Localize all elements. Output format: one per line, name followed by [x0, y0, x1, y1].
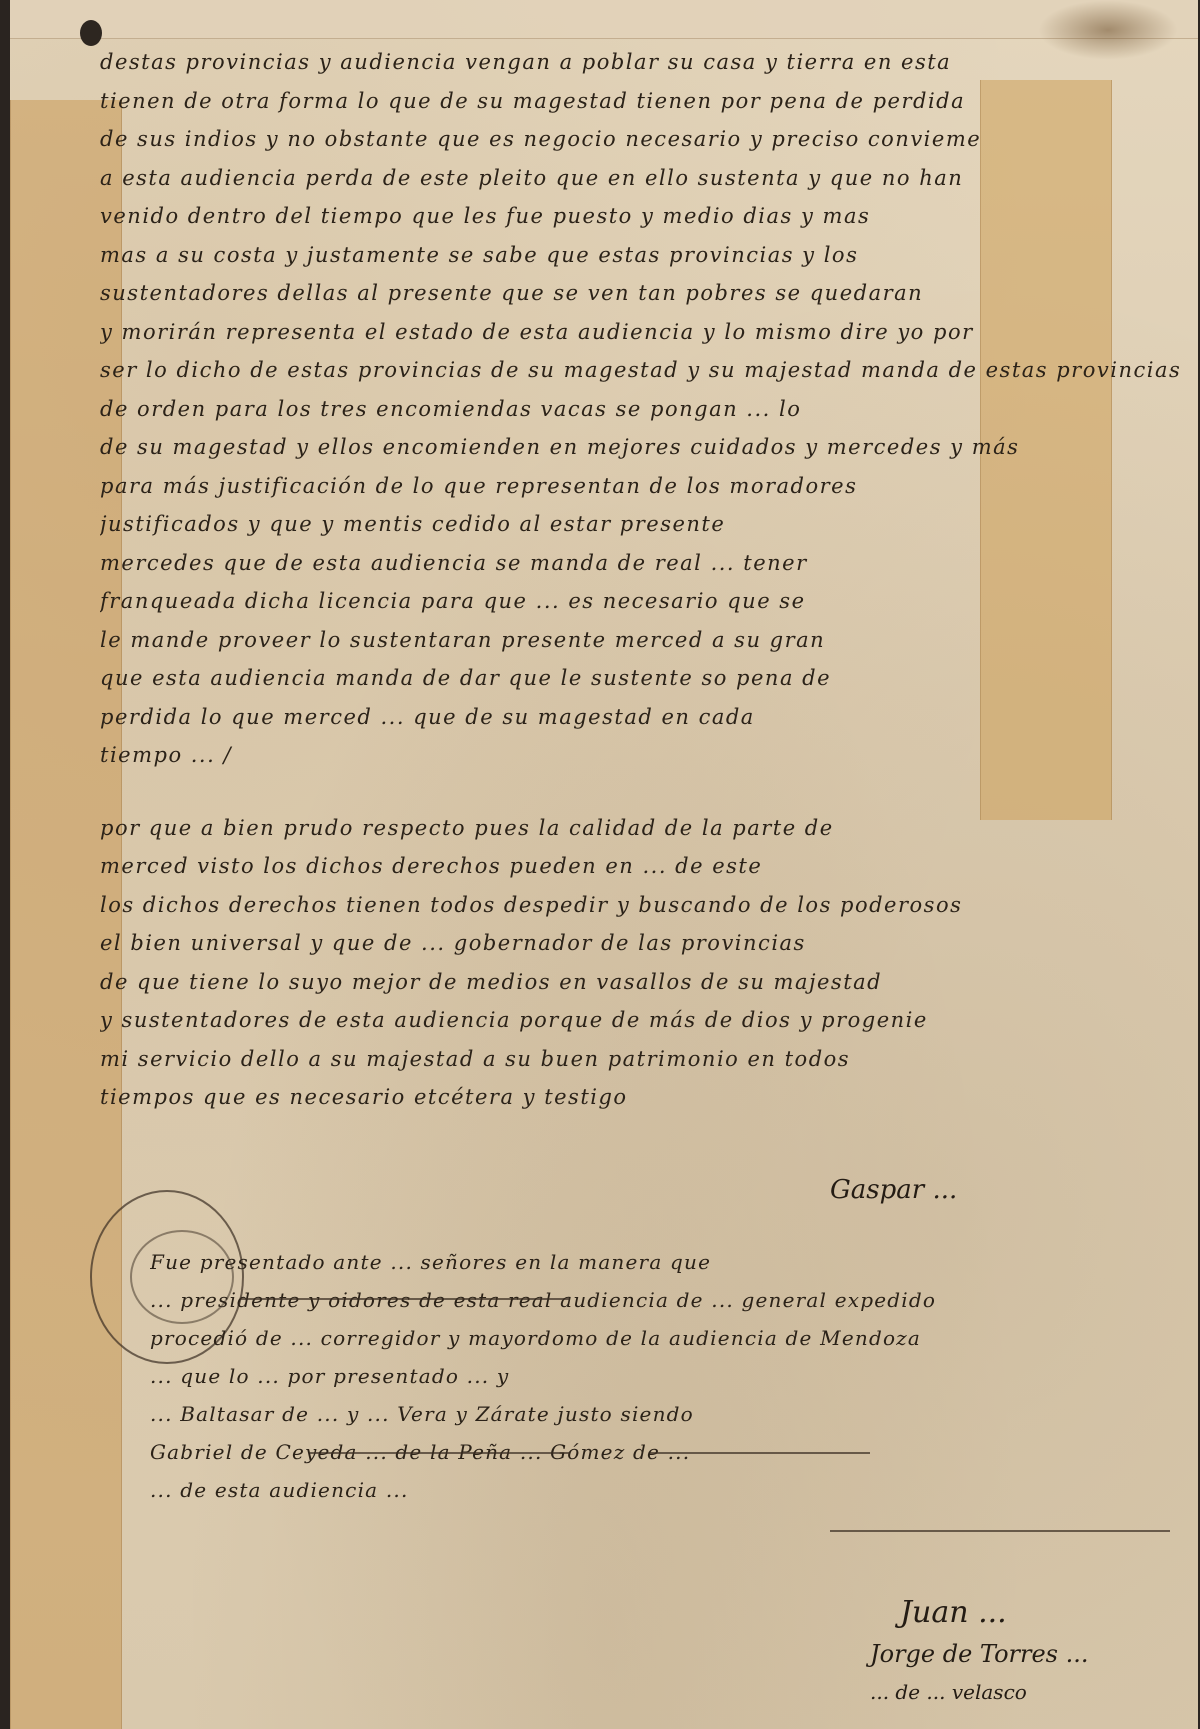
body-line: que esta audiencia manda de dar que le s…	[100, 666, 1190, 705]
decree-block: Fue presentado ante ... señores en la ma…	[150, 1250, 1190, 1516]
body-line: y morirán representa el estado de esta a…	[100, 320, 1190, 359]
signature-petitioner: Gaspar ...	[830, 1175, 957, 1205]
body-line: tienen de otra forma lo que de su magest…	[100, 89, 1190, 128]
body-line: ser lo dicho de estas provincias de su m…	[100, 358, 1190, 397]
body-line: para más justificación de lo que represe…	[100, 474, 1190, 513]
body-line: los dichos derechos tienen todos despedi…	[100, 893, 1190, 932]
body-line: franqueada dicha licencia para que ... e…	[100, 589, 1190, 628]
body-line: mi servicio dello a su majestad a su bue…	[100, 1047, 1190, 1086]
underline-rule	[650, 1452, 870, 1454]
underline-rule	[830, 1530, 1170, 1532]
body-line: y sustentadores de esta audiencia porque…	[100, 1008, 1190, 1047]
body-line: tiempos que es necesario etcétera y test…	[100, 1085, 1190, 1124]
decree-line: Fue presentado ante ... señores en la ma…	[150, 1250, 1190, 1288]
body-line: perdida lo que merced ... que de su mage…	[100, 705, 1190, 744]
decree-line: ... presidente y oidores de esta real au…	[150, 1288, 1190, 1326]
signature-notary-2: Jorge de Torres ...	[870, 1640, 1089, 1668]
decree-line: Gabriel de Ceyeda ... de la Peña ... Góm…	[150, 1440, 1190, 1478]
decree-line: ... Baltasar de ... y ... Vera y Zárate …	[150, 1402, 1190, 1440]
body-line: merced visto los dichos derechos pueden …	[100, 854, 1190, 893]
body-line: venido dentro del tiempo que les fue pue…	[100, 204, 1190, 243]
binding-hole	[80, 20, 102, 46]
body-line: sustentadores dellas al presente que se …	[100, 281, 1190, 320]
decree-line: ... de esta audiencia ...	[150, 1478, 1190, 1516]
body-line: de sus indios y no obstante que es negoc…	[100, 127, 1190, 166]
body-line: de su magestad y ellos encomienden en me…	[100, 435, 1190, 474]
body-line: de orden para los tres encomiendas vacas…	[100, 397, 1190, 436]
body-line: le mande proveer lo sustentaran presente…	[100, 628, 1190, 667]
signature-notary-1: Juan ...	[900, 1595, 1007, 1630]
body-line: mercedes que de esta audiencia se manda …	[100, 551, 1190, 590]
petition-body: destas provincias y audiencia vengan a p…	[100, 50, 1190, 1124]
decree-line: procedió de ... corregidor y mayordomo d…	[150, 1326, 1190, 1364]
signature-notary-3: ... de ... velasco	[870, 1680, 1027, 1704]
manuscript-page: destas provincias y audiencia vengan a p…	[10, 0, 1198, 1729]
body-line: tiempo ... /	[100, 743, 1190, 782]
body-line: a esta audiencia perda de este pleito qu…	[100, 166, 1190, 205]
body-line: por que a bien prudo respecto pues la ca…	[100, 816, 1190, 855]
body-line: mas a su costa y justamente se sabe que …	[100, 243, 1190, 282]
underline-rule	[240, 1298, 570, 1300]
decree-line: ... que lo ... por presentado ... y	[150, 1364, 1190, 1402]
body-line: justificados y que y mentis cedido al es…	[100, 512, 1190, 551]
body-line: de que tiene lo suyo mejor de medios en …	[100, 970, 1190, 1009]
body-line: el bien universal y que de ... gobernado…	[100, 931, 1190, 970]
underline-rule	[310, 1452, 570, 1454]
body-line: destas provincias y audiencia vengan a p…	[100, 50, 1190, 89]
tape-top-strip	[10, 0, 1198, 39]
